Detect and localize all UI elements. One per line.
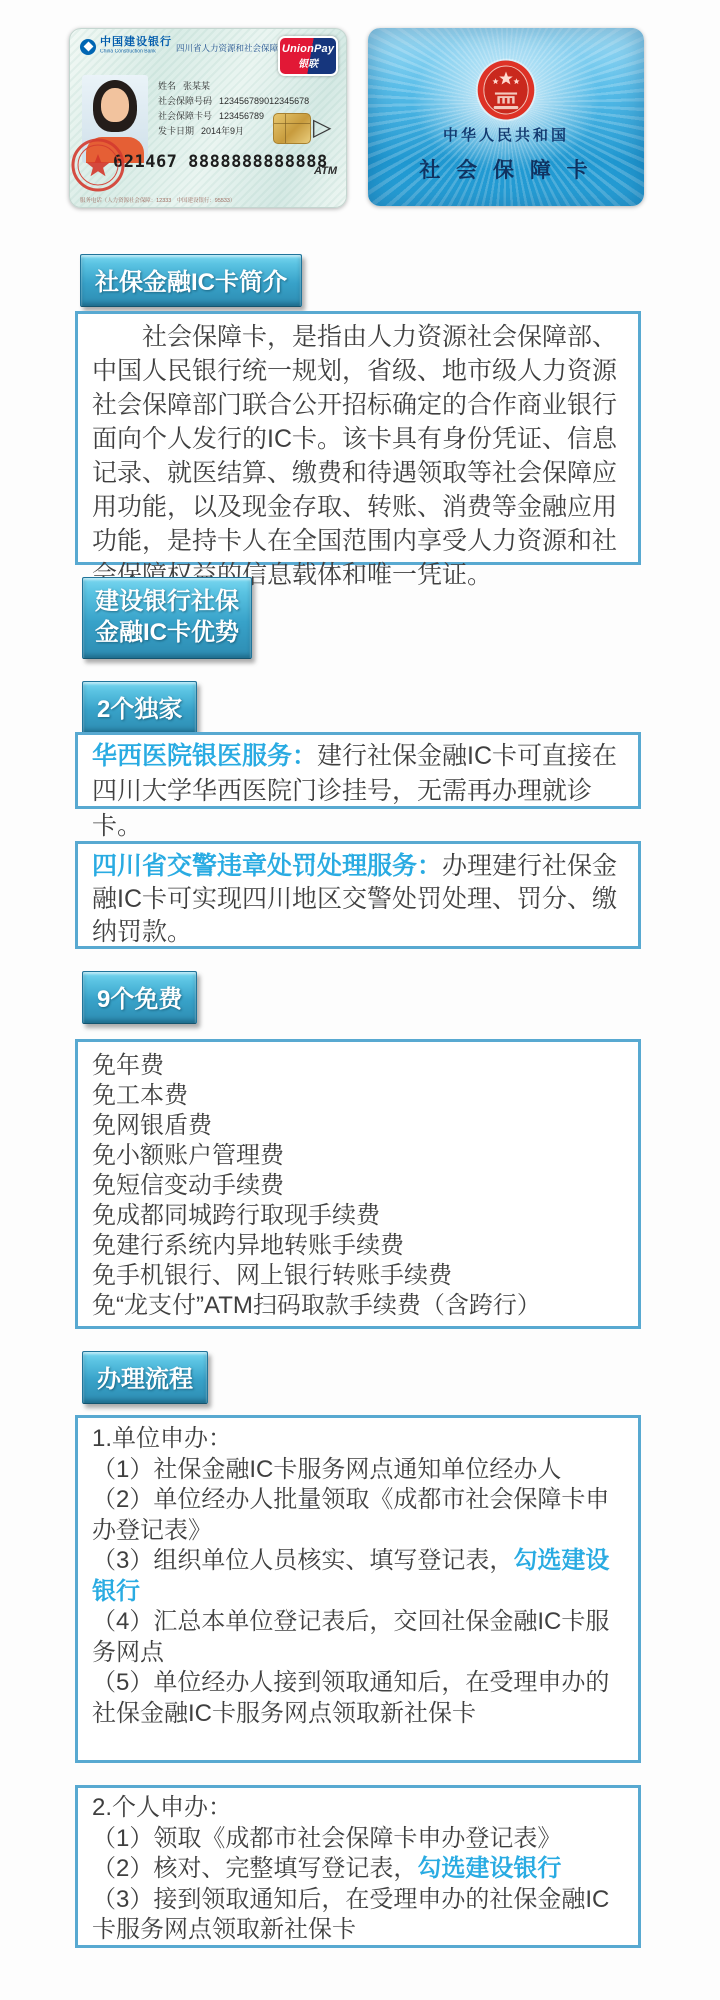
infographic-page: 中国建设银行 China Construction Bank 四川省人力资源和社…	[0, 0, 720, 2000]
free-item: 免成都同城跨行取现手续费	[92, 1201, 624, 1231]
service-phone-fineprint: 服务电话（人力资源社会保障：12333 中国建设银行：95533）	[80, 197, 235, 204]
intro-paragraph: 社会保障卡，是指由人力资源社会保障部、中国人民银行统一规划，省级、地市级人力资源…	[92, 320, 624, 592]
card-number: 621467 8888888888888	[113, 152, 328, 172]
unit-application-steps: （1）社保金融IC卡服务网点通知单位经办人（2）单位经办人批量领取《成都市社会保…	[92, 1455, 624, 1730]
process-step: （2）单位经办人批量领取《成都市社会保障卡申办登记表》	[92, 1485, 624, 1546]
bank-logo-row: 中国建设银行 China Construction Bank	[80, 37, 177, 56]
unit-application-box: 1.单位申办： （1）社保金融IC卡服务网点通知单位经办人（2）单位经办人批量领…	[75, 1415, 641, 1763]
free-item: 免建行系统内异地转账手续费	[92, 1231, 624, 1261]
free-item: 免“龙支付”ATM扫码取款手续费（含跨行）	[92, 1291, 624, 1321]
process-step: （3）组织单位人员核实、填写登记表，勾选建设银行	[92, 1546, 624, 1607]
section-heading-free: 9个免费	[82, 971, 197, 1024]
personal-application-box: 2.个人申办： （1）领取《成都市社会保障卡申办登记表》（2）核对、完整填写登记…	[75, 1785, 641, 1948]
ic-chip-icon	[273, 113, 311, 144]
social-security-card-front: 中国建设银行 China Construction Bank 四川省人力资源和社…	[69, 28, 347, 208]
social-security-card-back: 中华人民共和国 社 会 保 障 卡	[368, 28, 644, 206]
bank-name-en: China Construction Bank	[100, 49, 156, 54]
national-emblem-icon	[475, 58, 537, 122]
official-seal-icon	[70, 137, 126, 193]
personal-application-steps: （1）领取《成都市社会保障卡申办登记表》（2）核对、完整填写登记表，勾选建设银行…	[92, 1824, 624, 1946]
highlight-text: 勾选建设银行	[92, 1547, 609, 1605]
process-step: （1）领取《成都市社会保障卡申办登记表》	[92, 1824, 624, 1855]
personal-application-title: 2.个人申办：	[92, 1793, 624, 1824]
free-item: 免年费	[92, 1051, 624, 1081]
exclusive-item-2-box: 四川省交警违章处罚处理服务：办理建行社保金融IC卡可实现四川地区交警处罚处理、罚…	[75, 841, 641, 949]
bank-name-block: 中国建设银行 China Construction Bank	[100, 37, 177, 56]
exclusive-item-1: 华西医院银医服务：建行社保金融IC卡可直接在四川大学华西医院门诊挂号，无需再办理…	[92, 739, 624, 844]
exclusive-item-2: 四川省交警违章处罚处理服务：办理建行社保金融IC卡可实现四川地区交警处罚处理、罚…	[92, 850, 624, 949]
unionpay-en-label: UnionPay	[280, 43, 336, 55]
bank-name: 中国建设银行	[100, 37, 177, 48]
advantages-heading-line2: 金融IC卡优势	[95, 617, 239, 648]
section-heading-advantages: 建设银行社保 金融IC卡优势	[82, 577, 252, 659]
exclusive-item-1-box: 华西医院银医服务：建行社保金融IC卡可直接在四川大学华西医院门诊挂号，无需再办理…	[75, 732, 641, 809]
process-step: （5）单位经办人接到领取通知后，在受理申办的社保金融IC卡服务网点领取新社保卡	[92, 1668, 624, 1729]
free-item: 免短信变动手续费	[92, 1171, 624, 1201]
card-back-title: 社 会 保 障 卡	[368, 154, 644, 184]
section-heading-process: 办理流程	[82, 1351, 208, 1404]
unit-application-title: 1.单位申办：	[92, 1424, 624, 1455]
process-step: （3）接到领取通知后，在受理申办的社保金融IC卡服务网点领取新社保卡	[92, 1885, 624, 1946]
exclusive-item-2-label: 四川省交警违章处罚处理服务：	[92, 852, 442, 880]
free-item: 免手机银行、网上银行转账手续费	[92, 1261, 624, 1291]
free-items-box: 免年费免工本费免网银盾费免小额账户管理费免短信变动手续费免成都同城跨行取现手续费…	[75, 1039, 641, 1329]
free-item: 免工本费	[92, 1081, 624, 1111]
country-name: 中华人民共和国	[368, 124, 644, 145]
process-step: （1）社保金融IC卡服务网点通知单位经办人	[92, 1455, 624, 1486]
atm-label: ATM	[314, 165, 337, 177]
process-step: （2）核对、完整填写登记表，勾选建设银行	[92, 1854, 624, 1885]
right-arrow-icon: ▷	[313, 113, 331, 142]
photo-face	[101, 88, 129, 122]
highlight-text: 勾选建设银行	[417, 1855, 561, 1882]
process-step: （4）汇总本单位登记表后，交回社保金融IC卡服务网点	[92, 1607, 624, 1668]
section-heading-exclusive: 2个独家	[82, 681, 197, 734]
free-item: 免小额账户管理费	[92, 1141, 624, 1171]
exclusive-item-1-label: 华西医院银医服务：	[92, 742, 317, 770]
ccb-bank-logo-icon	[80, 39, 96, 55]
advantages-heading-line1: 建设银行社保	[95, 586, 239, 617]
unionpay-cn-label: 银联	[280, 55, 336, 70]
unionpay-logo: UnionPay 银联	[278, 36, 338, 76]
card-field: 社会保障号码123456789012345678	[158, 94, 309, 109]
intro-text-box: 社会保障卡，是指由人力资源社会保障部、中国人民银行统一规划，省级、地市级人力资源…	[75, 311, 641, 565]
section-heading-intro: 社保金融IC卡简介	[80, 254, 302, 307]
issuer-authority: 四川省人力资源和社会保障厅	[176, 42, 287, 54]
card-field: 姓名张某某	[158, 79, 309, 94]
free-item: 免网银盾费	[92, 1111, 624, 1141]
